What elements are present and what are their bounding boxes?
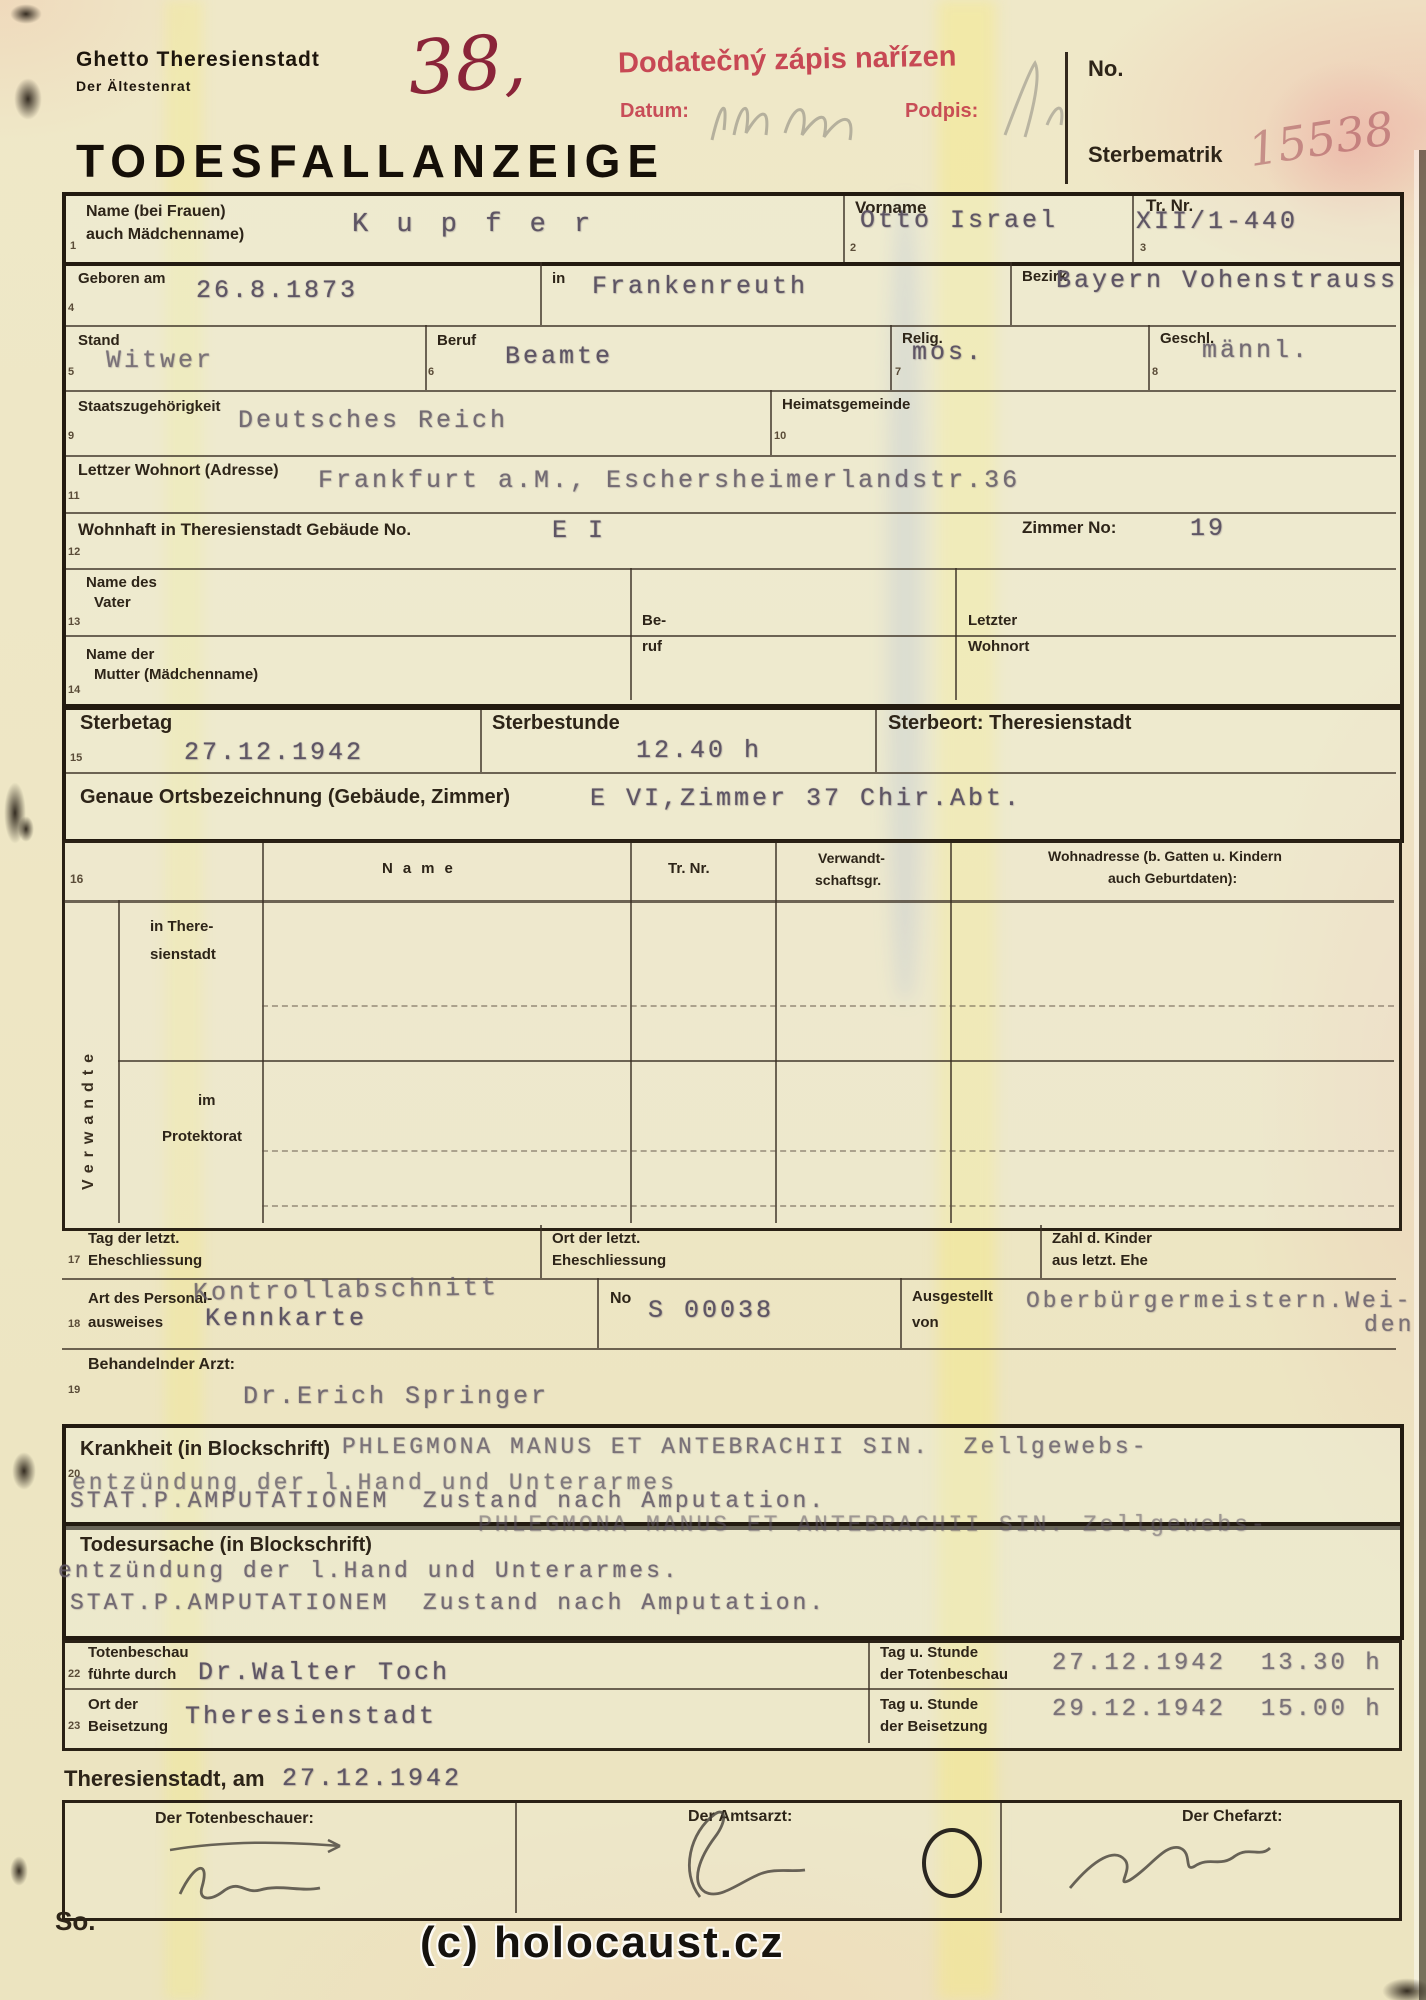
corner-mark: [10, 4, 42, 24]
punch-hole: [12, 1452, 36, 1490]
ausweis-no-value: S 00038: [648, 1296, 774, 1325]
totenbeschau-label: Totenbeschau: [88, 1644, 189, 1661]
totenbeschau-value: Dr.Walter Toch: [198, 1658, 450, 1687]
vater-label-2: Vater: [94, 594, 131, 611]
scan-edge-right-dark: [1419, 150, 1426, 2000]
row-divider: [66, 635, 1396, 637]
punch-hole: [14, 78, 42, 120]
field-number: 11: [68, 490, 80, 502]
beisetzung-label-2: Beisetzung: [88, 1718, 168, 1735]
staat-label: Staatszugehörigkeit: [78, 398, 221, 415]
form-box-death: [62, 706, 1404, 843]
table-row-dashed: [262, 1005, 1394, 1007]
stamp-dodatecny-zapis: Dodatečný zápis nařízen: [618, 40, 957, 80]
field-number: 16: [70, 872, 83, 886]
wohnhaft-label: Wohnhaft in Theresienstadt Gebäude No.: [78, 520, 411, 540]
wohnort-label: Lettzer Wohnort (Adresse): [78, 462, 279, 480]
heimat-label: Heimatsgemeinde: [782, 396, 910, 413]
kinder-label: Zahl d. Kinder: [1052, 1230, 1152, 1247]
signature-chefarzt: [1055, 1818, 1335, 1908]
col-divider: [540, 262, 542, 325]
row-divider: [66, 772, 1396, 774]
row-divider: [66, 390, 1396, 392]
field-number: 8: [1152, 366, 1158, 378]
col-divider: [890, 325, 892, 390]
stamp-circle-icon: [922, 1828, 982, 1898]
ausgestellt-value: Oberbürgermeistern.Wei-: [1026, 1288, 1412, 1314]
parents-beruf-label: Be-: [642, 612, 666, 629]
eheschliessung-ort-label-2: Eheschliessung: [552, 1252, 666, 1269]
table-col-divider: [950, 843, 952, 1223]
behandelnder-arzt-value: Dr.Erich Springer: [243, 1382, 549, 1411]
sterbeort-label: Sterbeort: Theresienstadt: [888, 712, 1131, 735]
signature-totenbeschauer: [150, 1832, 450, 1910]
todesursache-line2: entzündung der l.Hand und Unterarmes.: [58, 1558, 680, 1584]
table-header-trnr: Tr. Nr.: [668, 860, 710, 877]
col-divider: [1040, 1225, 1042, 1278]
krankheit-line3: STAT.P.AMPUTATIONEM Zustand nach Amputat…: [70, 1488, 826, 1514]
signature-amtsarzt: [620, 1802, 860, 1912]
totenbeschauer-sig-label: Der Totenbeschauer:: [155, 1810, 314, 1828]
stamp-datum-label: Datum:: [620, 100, 689, 123]
beisetzung-zeit-label-2: der Beisetzung: [880, 1718, 988, 1735]
totenbeschau-zeit-label: Tag u. Stunde: [880, 1644, 978, 1661]
col-divider: [875, 710, 877, 772]
mutter-label: Name der: [86, 646, 154, 663]
field-number: 12: [68, 546, 80, 558]
parents-wohnort-label-2: Wohnort: [968, 638, 1029, 655]
eheschliessung-ort-label: Ort der letzt.: [552, 1230, 640, 1247]
field-number: 19: [68, 1384, 80, 1396]
col-divider: [843, 196, 845, 262]
row-label-protektorat-2: Protektorat: [162, 1128, 242, 1145]
row-divider: [66, 568, 1396, 570]
col-divider: [540, 1225, 542, 1278]
trnr-value: XII/1-440: [1136, 207, 1298, 236]
field-number: 15: [70, 752, 82, 764]
eheschliessung-tag-label: Tag der letzt.: [88, 1230, 179, 1247]
mutter-label-2: Mutter (Mädchenname): [94, 666, 258, 683]
todesursache-line3: STAT.P.AMPUTATIONEM Zustand nach Amputat…: [70, 1590, 826, 1616]
col-divider: [597, 1278, 599, 1348]
ausgestellt-value-2: den: [1364, 1312, 1414, 1338]
krankheit-line1: PHLEGMONA MANUS ET ANTEBRACHII SIN. Zell…: [342, 1434, 1149, 1460]
ausgestellt-label: Ausgestellt: [912, 1288, 993, 1305]
field-number: 10: [774, 430, 786, 442]
table-header-name: Name: [382, 860, 463, 877]
row-label-theresienstadt-2: sienstadt: [150, 946, 216, 963]
row-divider: [62, 1348, 1396, 1350]
field-number: 2: [850, 242, 856, 254]
col-divider: [868, 1643, 870, 1743]
todesursache-label: Todesursache (in Blockschrift): [80, 1534, 372, 1557]
col-divider: [515, 1803, 517, 1913]
table-row-dashed: [262, 1150, 1394, 1152]
field-number: 13: [68, 616, 80, 628]
row-divider: [64, 1688, 1394, 1690]
pencil-date-scrawl: [700, 85, 890, 155]
parents-beruf-label-2: ruf: [642, 638, 662, 655]
sterbetag-label: Sterbetag: [80, 712, 172, 735]
name-label-2: auch Mädchenname): [86, 226, 244, 244]
geboren-in-label: in: [552, 270, 565, 287]
field-number: 18: [68, 1318, 80, 1330]
totenbeschau-label-2: führte durch: [88, 1666, 176, 1683]
table-header-wohnadresse-2: auch Geburtdaten):: [1108, 870, 1237, 886]
col-divider: [1148, 325, 1150, 390]
sterbestunde-value: 12.40 h: [636, 736, 762, 765]
ausweis-value: Kennkarte: [205, 1304, 367, 1333]
corner-mark: [1382, 1978, 1426, 2000]
header-divider: [1065, 52, 1068, 184]
geschl-value: männl.: [1202, 336, 1310, 365]
ausweis-value-overtyped: Kontrollabschnitt: [193, 1273, 500, 1307]
vater-label: Name des: [86, 574, 157, 591]
col-divider: [1010, 262, 1012, 325]
place-date-value: 27.12.1942: [282, 1764, 462, 1793]
eheschliessung-tag-label-2: Eheschliessung: [88, 1252, 202, 1269]
ausweis-no-label: No: [610, 1290, 631, 1308]
geboren-value: 26.8.1873: [196, 276, 358, 305]
totenbeschau-zeit-label-2: der Totenbeschau: [880, 1666, 1008, 1683]
row-divider: [66, 325, 1396, 327]
stand-value: Witwer: [106, 346, 214, 375]
name-value: K u p f e r: [352, 210, 596, 240]
ortsbezeichnung-value: E VI,Zimmer 37 Chir.Abt.: [590, 784, 1022, 813]
handwritten-case-number: 38,: [405, 18, 528, 112]
no-label: No.: [1088, 56, 1123, 82]
col-divider: [630, 568, 632, 700]
table-row-dashed: [262, 1205, 1394, 1207]
beisetzung-value: Theresienstadt: [185, 1702, 437, 1731]
col-divider: [900, 1278, 902, 1348]
watermark: (c) holocaust.cz: [420, 1918, 785, 1968]
parents-wohnort-label: Letzter: [968, 612, 1017, 629]
totenbeschau-zeit-value: 27.12.1942 13.30 h: [1052, 1650, 1383, 1677]
edge-smudge: [18, 816, 34, 842]
sterbestunde-label: Sterbestunde: [492, 712, 620, 735]
table-col-divider: [775, 843, 777, 1223]
todesfallanzeige-scan: Ghetto Theresienstadt Der Ältestenrat 38…: [0, 0, 1426, 2000]
page-title: TODESFALLANZEIGE: [76, 134, 665, 188]
kinder-label-2: aus letzt. Ehe: [1052, 1252, 1148, 1269]
table-row-divider: [118, 1060, 1394, 1062]
sterbematrik-label: Sterbematrik: [1088, 142, 1223, 168]
name-label: Name (bei Frauen): [86, 203, 226, 221]
table-header-verwandtschaft-2: schaftsgr.: [815, 872, 881, 888]
col-divider: [425, 325, 427, 390]
table-header-verwandtschaft: Verwandt-: [818, 850, 885, 866]
edge-smudge: [10, 1856, 28, 1886]
row-divider: [66, 455, 1396, 457]
field-number: 7: [895, 366, 901, 378]
table-col-divider: [262, 843, 264, 1223]
field-number: 14: [68, 684, 80, 696]
col-divider: [1132, 196, 1134, 262]
field-number: 9: [68, 430, 74, 442]
field-number: 1: [70, 240, 76, 252]
place-date-label: Theresienstadt, am: [64, 1766, 265, 1792]
verwandte-side-label: Verwandte: [80, 950, 98, 1190]
so-label: So.: [55, 1906, 95, 1937]
geboren-in-value: Frankenreuth: [592, 272, 808, 301]
beruf-value: Beamte: [505, 342, 613, 371]
field-number: 22: [68, 1668, 80, 1680]
field-number: 3: [1140, 242, 1146, 254]
bezirk-value: Bayern Vohenstrauss: [1056, 266, 1398, 295]
org-name: Ghetto Theresienstadt: [76, 48, 320, 72]
staat-value: Deutsches Reich: [238, 406, 508, 435]
field-number: 6: [428, 366, 434, 378]
beisetzung-label: Ort der: [88, 1696, 138, 1713]
todesursache-line1: PHLEGMONA MANUS ET ANTEBRACHII SIN. Zell…: [478, 1512, 1268, 1538]
pencil-signature-scrawl: [975, 55, 1095, 145]
field-number: 5: [68, 366, 74, 378]
wohnort-value: Frankfurt a.M., Eschersheimerlandstr.36: [318, 466, 1020, 495]
row-label-protektorat: im: [198, 1092, 216, 1109]
beruf-label: Beruf: [437, 332, 476, 349]
wohnhaft-value: E I: [552, 516, 606, 545]
table-header-wohnadresse: Wohnadresse (b. Gatten u. Kindern: [1048, 848, 1282, 864]
beisetzung-zeit-value: 29.12.1942 15.00 h: [1052, 1696, 1383, 1723]
stamp-podpis-label: Podpis:: [905, 100, 978, 123]
col-divider: [1000, 1803, 1002, 1913]
behandelnder-arzt-label: Behandelnder Arzt:: [88, 1356, 235, 1374]
ortsbezeichnung-label: Genaue Ortsbezeichnung (Gebäude, Zimmer): [80, 786, 510, 809]
zimmer-label: Zimmer No:: [1022, 518, 1116, 538]
org-subtitle: Der Ältestenrat: [76, 78, 191, 94]
field-number: 4: [68, 302, 74, 314]
col-divider: [480, 710, 482, 772]
field-number: 17: [68, 1254, 80, 1266]
relig-value: mos.: [912, 338, 984, 367]
krankheit-label: Krankheit (in Blockschrift): [80, 1438, 330, 1461]
col-divider: [955, 568, 957, 700]
ausgestellt-label-2: von: [912, 1314, 939, 1331]
row-label-theresienstadt: in There-: [150, 918, 213, 935]
sterbematrik-number-handwritten: 15538: [1245, 101, 1398, 177]
table-col-divider: [630, 843, 632, 1223]
beisetzung-zeit-label: Tag u. Stunde: [880, 1696, 978, 1713]
sterbetag-value: 27.12.1942: [184, 738, 364, 767]
field-number: 23: [68, 1720, 80, 1732]
zimmer-value: 19: [1190, 514, 1226, 543]
geboren-label: Geboren am: [78, 270, 166, 287]
ausweis-label-2: ausweises: [88, 1314, 163, 1331]
vorname-value: Otto Israel: [860, 206, 1058, 235]
col-divider: [770, 390, 772, 455]
